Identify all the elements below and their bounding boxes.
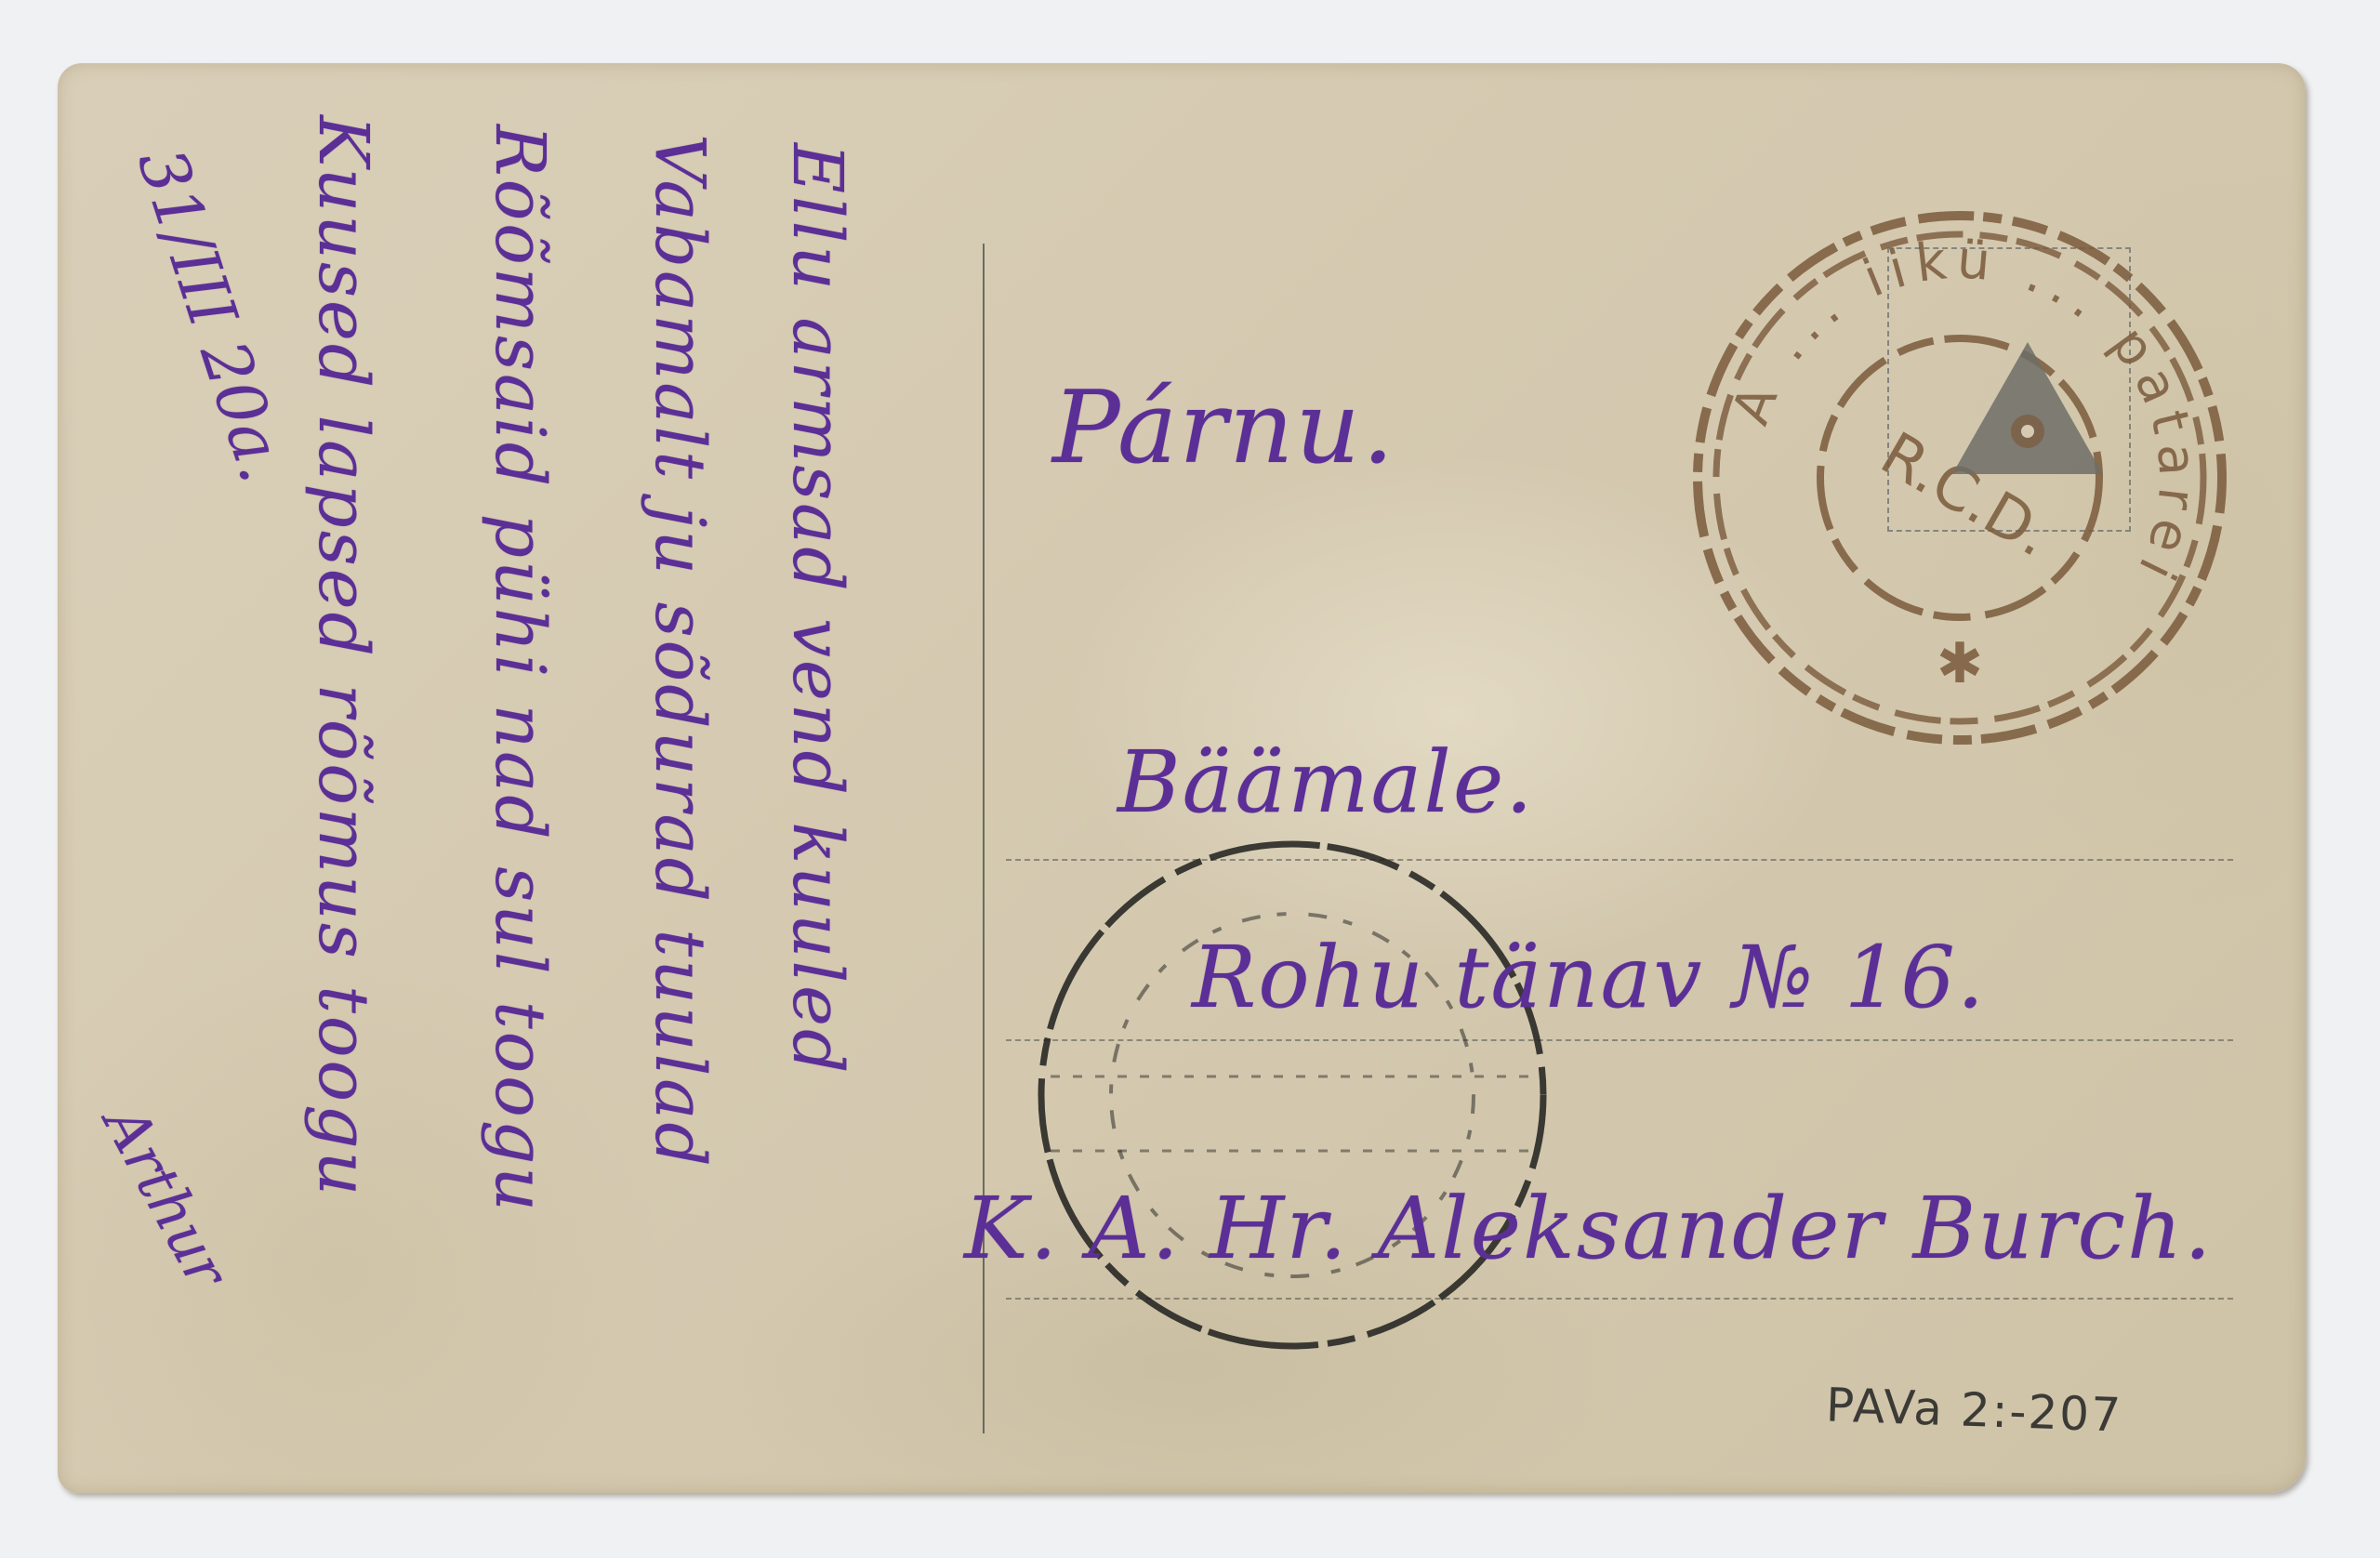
message-date: 31/III 20a. bbox=[123, 139, 302, 491]
message-line-3: Rõõmsaid pühi nad sul toogu bbox=[480, 125, 560, 1214]
address-street: Rohu tänav № 16. bbox=[1192, 928, 1986, 1027]
message-line-1: Ellu armsad vend kuuled bbox=[777, 143, 857, 1076]
postmark bbox=[995, 798, 1590, 1393]
message-line-4: Kuused lapsed rõõmus toogu bbox=[303, 115, 383, 1198]
postcard-scan: Ellu armsad vend kuuled Vabamalt ju sõdu… bbox=[0, 0, 2380, 1558]
svg-text:✱: ✱ bbox=[1937, 631, 1983, 696]
triangle-icon bbox=[1949, 338, 2107, 478]
address-name: K. A. Hr. Aleksander Burch. bbox=[964, 1179, 2214, 1278]
address-recipient: Bäämale. bbox=[1117, 733, 1535, 832]
archive-reference: PAVa 2:-207 bbox=[1825, 1378, 2123, 1442]
triangle-overprint bbox=[1949, 338, 2107, 478]
message-line-2: Vabamalt ju sõdurad tuulad bbox=[640, 134, 720, 1169]
postmark-icon bbox=[995, 798, 1590, 1393]
postcard: Ellu armsad vend kuuled Vabamalt ju sõdu… bbox=[58, 63, 2306, 1493]
signature: Arthur bbox=[91, 1095, 242, 1299]
address-city: Párnu. bbox=[1052, 370, 1395, 486]
